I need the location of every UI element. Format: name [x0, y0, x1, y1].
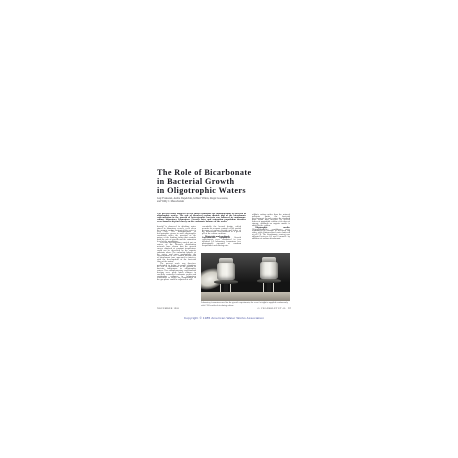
- fermentor-right: [256, 257, 282, 297]
- scanned-journal-page: The Role of Bicarbonate in Bacterial Gro…: [0, 0, 458, 458]
- body-paragraph: Oligotrophic media. Oligocarbophilic con…: [252, 228, 290, 241]
- body-paragraph: The present work was therefore undertake…: [157, 264, 196, 282]
- footer-authors-pageno: G. FRANSOLET ET AL57: [258, 307, 291, 310]
- footer-running-authors: G. FRANSOLET ET AL: [258, 307, 287, 310]
- body-column-1: An appreciable increase of bacterial den…: [157, 225, 196, 304]
- body-paragraph: e.g., to waters in which the assimilable…: [252, 213, 290, 228]
- body-paragraph: Experimental equipment. Growth experimen…: [202, 238, 241, 247]
- body-column-3: e.g., to waters in which the assimilable…: [252, 213, 290, 253]
- article-sheet: The Role of Bicarbonate in Bacterial Gro…: [157, 168, 291, 328]
- fermentor-glass-vessel: [217, 263, 235, 280]
- article-title-line3: in Oligotrophic Waters: [157, 187, 277, 196]
- copyright-line: Copyright © 1985 American Water Works As…: [157, 316, 291, 320]
- abstract-paragraph: The present study analyzes in two model …: [157, 213, 246, 223]
- footer-issue-date: NOVEMBER 1985: [157, 307, 179, 310]
- photo-laboratory-fermentors: [201, 253, 290, 301]
- body-text: Growth experiments were conducted in two…: [202, 237, 241, 246]
- body-paragraph: Previous investigations carried out on w…: [157, 243, 196, 263]
- author-byline-line2: and Willy J. Masschelein: [157, 200, 257, 203]
- article-title: The Role of Bicarbonate in Bacterial Gro…: [157, 169, 277, 195]
- body-column-2: The results reported here concern essent…: [202, 225, 241, 253]
- author-byline: Guy Fransolet, Andre Depelchin, Gilbert …: [157, 197, 257, 204]
- body-paragraph: An appreciable increase of bacterial den…: [157, 225, 196, 243]
- bench-surface: [201, 292, 290, 301]
- footer-page-number: 57: [288, 307, 291, 310]
- fermentor-glass-vessel: [260, 262, 278, 279]
- body-text: Oligocarbophilic conditions were reprodu…: [252, 229, 290, 240]
